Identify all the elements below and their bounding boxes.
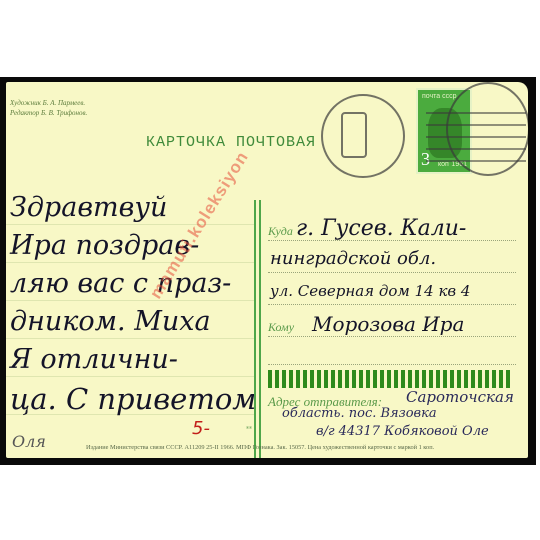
address-text: нинградской обл. <box>270 248 436 269</box>
ruled-line <box>6 338 256 339</box>
message-line: ца. С приветом <box>10 382 256 416</box>
where-label: Куда <box>268 224 293 239</box>
postcard: Художник Б. А. Пармеев. Редактор Б. В. Т… <box>6 82 528 458</box>
ruled-line <box>6 376 256 377</box>
to-label: Кому <box>268 320 294 335</box>
address-text: г. Гусев. Кали- <box>296 216 466 241</box>
sender-text: Сароточская <box>406 388 514 406</box>
stars: ** <box>246 426 252 433</box>
message-line: Здравтвуй <box>10 192 167 223</box>
stamp-country: почта ссср <box>422 93 457 100</box>
signature: Оля <box>12 432 46 451</box>
credits: Художник Б. А. Пармеев. Редактор Б. В. Т… <box>10 98 87 118</box>
message-line: Я отлични- <box>10 344 178 375</box>
ruled-line <box>6 262 256 263</box>
cancel-wave <box>426 124 526 126</box>
address-line <box>268 272 516 273</box>
address-line <box>268 304 516 305</box>
ruled-line <box>6 224 256 225</box>
address-line <box>268 364 516 365</box>
barcode-strip <box>268 370 520 388</box>
ruled-line <box>6 300 256 301</box>
editor-credit: Редактор Б. В. Трифонов. <box>10 108 87 118</box>
stamp-unit: коп <box>438 161 449 168</box>
divider-line <box>254 200 256 458</box>
message-line: ляю вас с праз- <box>10 268 231 299</box>
cancel-wave <box>426 112 526 114</box>
address-line <box>268 336 516 337</box>
message-line: дником. Миха <box>10 306 211 337</box>
card-title: КАРТОЧКА ПОЧТОВАЯ <box>146 134 316 151</box>
address-text: ул. Северная дом 14 кв 4 <box>270 282 470 300</box>
divider-line <box>259 200 261 458</box>
cancel-wave <box>426 136 526 138</box>
sender-text: в/г 44317 Кобяковой Оле <box>316 424 489 439</box>
recipient-name: Морозова Ира <box>312 312 464 336</box>
cancel-wave <box>426 148 526 150</box>
publisher-footer: Издание Министерства связи СССР. А11209 … <box>86 444 434 451</box>
postmark-date-box <box>341 112 367 158</box>
grade-mark: 5- <box>192 418 210 439</box>
sender-text: область. пос. Вязовка <box>282 406 437 421</box>
artist-credit: Художник Б. А. Пармеев. <box>10 98 87 108</box>
cancel-wave <box>426 160 526 162</box>
